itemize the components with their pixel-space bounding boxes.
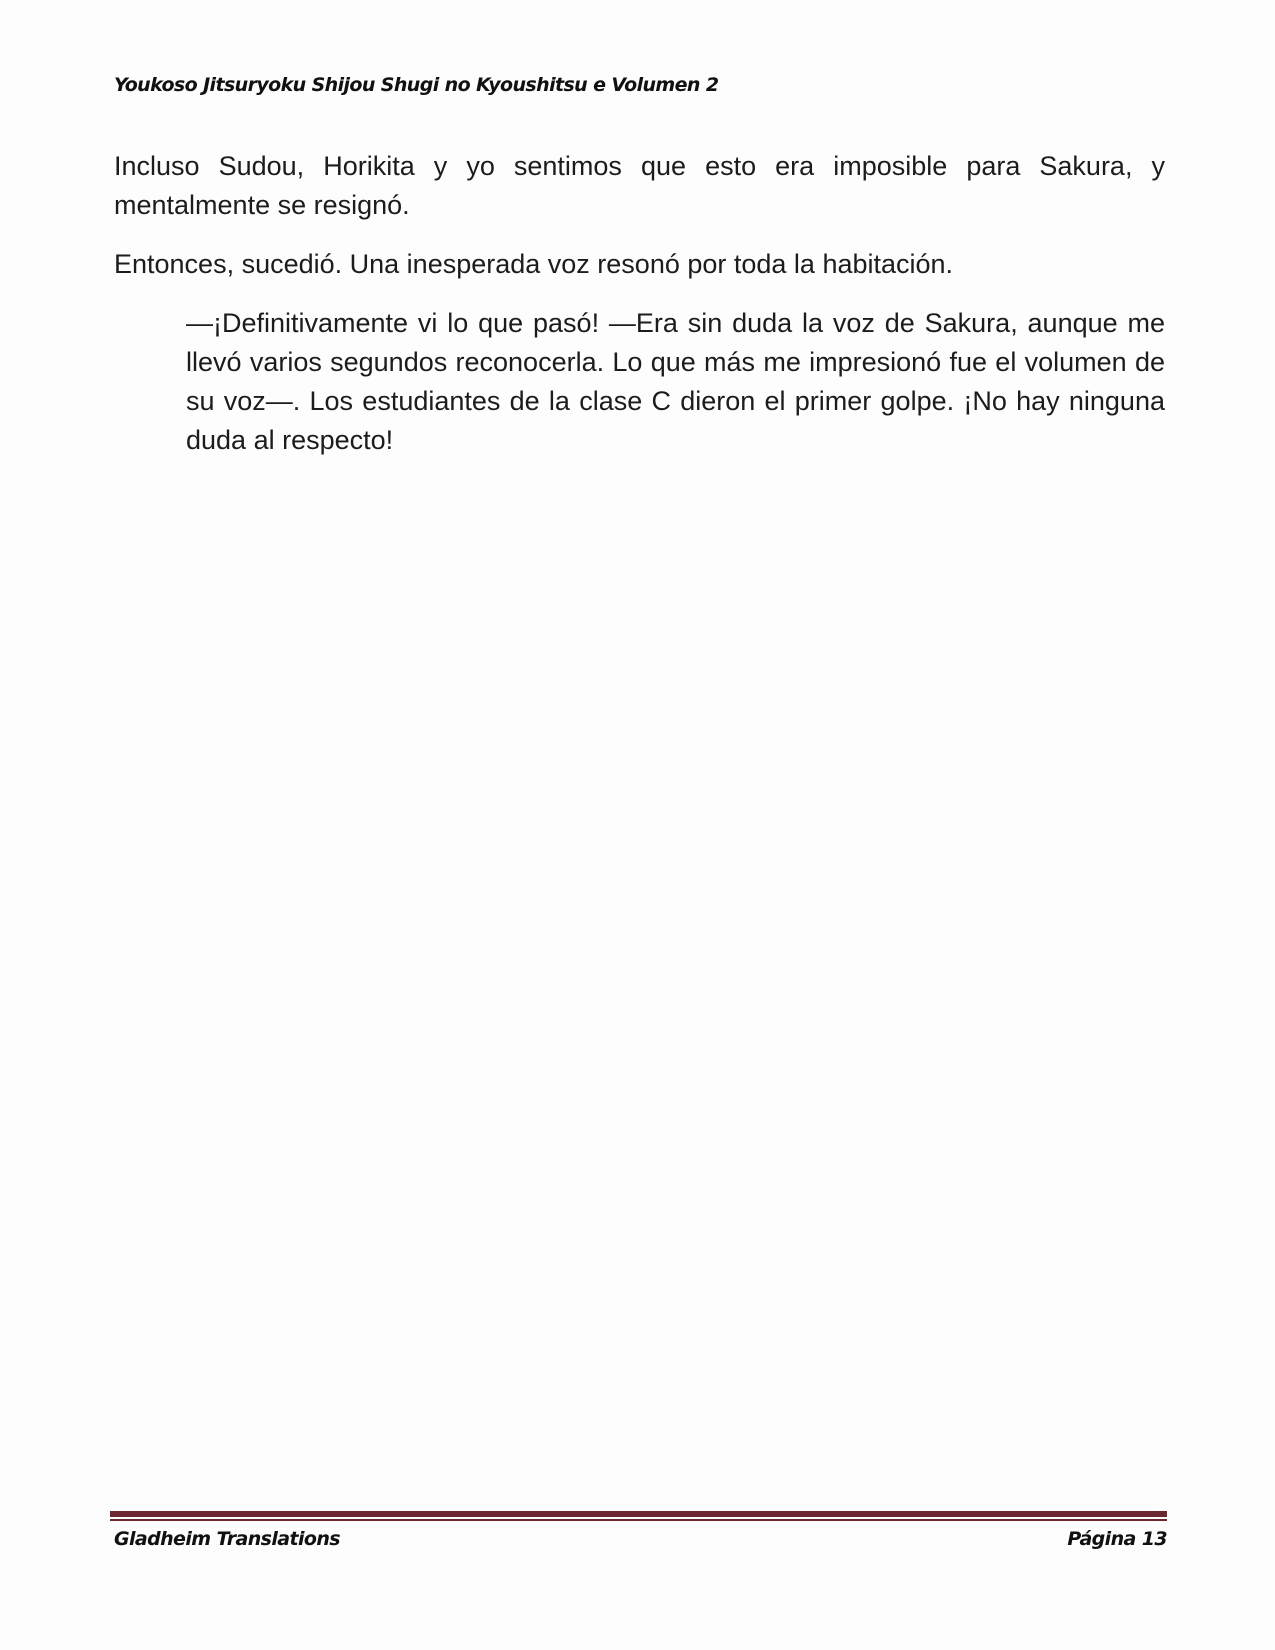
footer-credit: Gladheim Translations (114, 1528, 340, 1550)
page-number: Página 13 (1067, 1528, 1167, 1550)
document-page: Youkoso Jitsuryoku Shijou Shugi no Kyous… (0, 0, 1275, 1650)
footer-rule-thin (110, 1519, 1167, 1521)
body-text: Incluso Sudou, Horikita y yo sentimos qu… (114, 147, 1165, 480)
footer-rule-thick (110, 1511, 1167, 1517)
dialogue-paragraph: —¡Definitivamente vi lo que pasó! —Era s… (186, 304, 1165, 460)
paragraph: Incluso Sudou, Horikita y yo sentimos qu… (114, 147, 1165, 225)
paragraph: Entonces, sucedió. Una inesperada voz re… (114, 245, 1165, 284)
running-header-title: Youkoso Jitsuryoku Shijou Shugi no Kyous… (114, 74, 718, 96)
